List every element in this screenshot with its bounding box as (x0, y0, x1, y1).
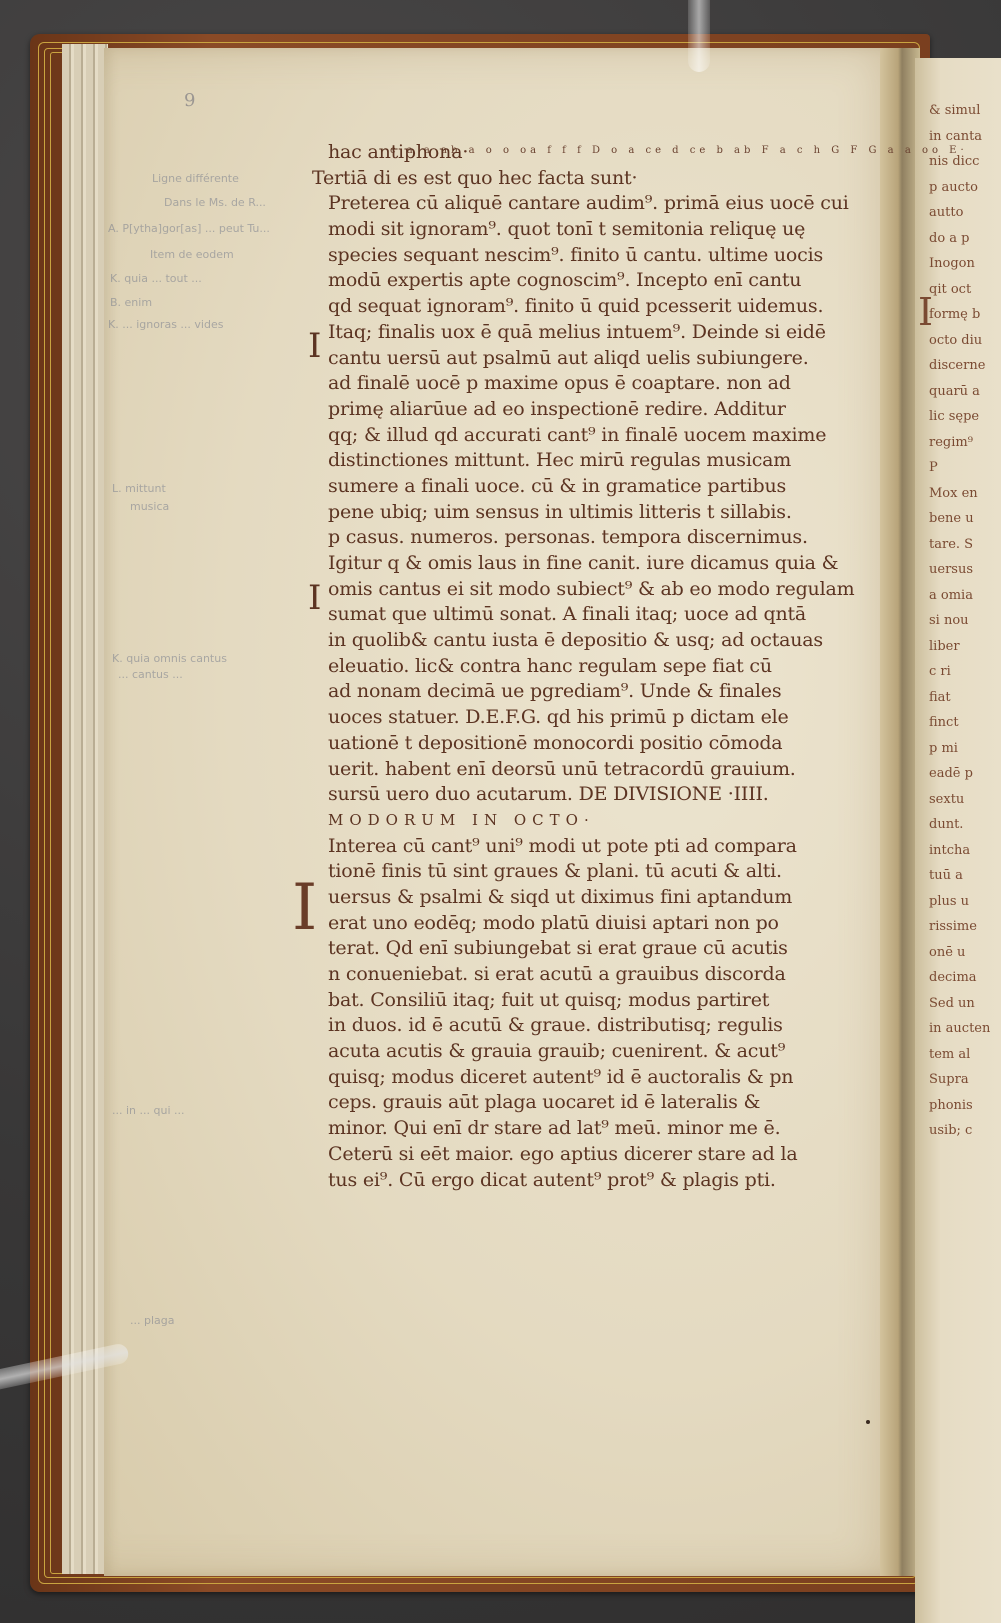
text-line: ad finalē uocē p maxime opus ē coaptare.… (328, 371, 888, 397)
marginal-note: ... in ... qui ... (112, 1104, 185, 1117)
margin-initial: I (308, 326, 321, 366)
text-line: tionē finis tū sint graues & plani. tū a… (328, 859, 888, 885)
text-line: Itaq; finalis uox ē quā melius intuem⁹. … (328, 320, 888, 346)
text-line: plus u (929, 889, 990, 915)
text-line: bene u (929, 506, 990, 532)
text-line: rissime (929, 914, 990, 940)
marginal-note: K. quia omnis cantus (112, 652, 227, 665)
text-line: discerne (929, 353, 990, 379)
text-line: onē u (929, 940, 990, 966)
text-line: Preterea cū aliquē cantare audim⁹. primā… (328, 191, 888, 217)
text-line: primę aliarūue ad eo inspectionē redire.… (328, 397, 888, 423)
text-line: do a p (929, 226, 990, 252)
text-line: liber (929, 634, 990, 660)
marginal-note: Item de eodem (150, 248, 234, 261)
marginal-note: Dans le Ms. de R... (164, 196, 266, 209)
text-line: formę b (929, 302, 990, 328)
facing-page: I & simulin cantanis diccp auctoauttodo … (915, 58, 1001, 1623)
text-line: uoces statuer. D.E.F.G. qd his primū p d… (328, 705, 888, 731)
page-clip-top (688, 0, 710, 72)
text-line: a omia (929, 583, 990, 609)
text-line: Igitur q & omis laus in fine canit. iure… (328, 551, 888, 577)
marginal-note: ... plaga (130, 1314, 175, 1327)
text-line: lic sępe (929, 404, 990, 430)
text-line: fiat (929, 685, 990, 711)
text-line: p aucto (929, 175, 990, 201)
text-line: si nou (929, 608, 990, 634)
text-line: c ri (929, 659, 990, 685)
text-line: sumat que ultimū sonat. A finali itaq; u… (328, 602, 888, 628)
text-line: cantu uersū aut psalmū aut aliqd uelis s… (328, 346, 888, 372)
text-line: qd sequat ignoram⁹. finito ū quid pcesse… (328, 294, 888, 320)
text-line: qq; & illud qd accurati cant⁹ in finalē … (328, 423, 888, 449)
text-line: finct (929, 710, 990, 736)
marginal-note: ... cantus ... (118, 668, 183, 681)
text-line: tuū a (929, 863, 990, 889)
text-line: eadē p (929, 761, 990, 787)
text-line: pene ubiq; uim sensus in ultimis litteri… (328, 500, 888, 526)
text-line: bat. Consiliū itaq; fuit ut quisq; modus… (328, 988, 888, 1014)
body-lines: Preterea cū aliquē cantare audim⁹. primā… (328, 191, 888, 808)
text-line: usib; c (929, 1118, 990, 1144)
rubric-heading: MODORUM IN OCTO· (328, 808, 888, 834)
text-line: ceps. grauis aūt plaga uocaret id ē late… (328, 1090, 888, 1116)
chant-line: Tertiā di es est quo hec facta sunt· (312, 166, 888, 192)
text-line: tus ei⁹. Cū ergo dicat autent⁹ prot⁹ & p… (328, 1168, 888, 1194)
text-line: modi sit ignoram⁹. quot tonī t semitonia… (328, 217, 888, 243)
text-line: octo diu (929, 328, 990, 354)
text-line: terat. Qd enī subiungebat si erat graue … (328, 936, 888, 962)
text-line: decima (929, 965, 990, 991)
text-line: tare. S (929, 532, 990, 558)
text-line: minor. Qui enī dr stare ad lat⁹ meū. min… (328, 1116, 888, 1142)
text-line: omis cantus ei sit modo subiect⁹ & ab eo… (328, 577, 888, 603)
decorated-initial-i: I (292, 876, 317, 940)
main-text-block: hac antiphona· Tertiā di es est quo hec … (328, 140, 888, 1193)
margin-initial: I (308, 578, 321, 618)
text-line: in aucten (929, 1016, 990, 1042)
marginal-note: B. enim (110, 296, 152, 309)
ink-dot (866, 1420, 870, 1424)
text-line: species sequant nescim⁹. finito ū cantu.… (328, 243, 888, 269)
text-line: acuta acutis & grauia grauib; cuenirent.… (328, 1039, 888, 1065)
text-line: regim⁹ (929, 430, 990, 456)
text-line: uersus (929, 557, 990, 583)
text-line: eleuatio. lic& contra hanc regulam sepe … (328, 654, 888, 680)
marginal-note: musica (130, 500, 169, 513)
chapter-lines: Interea cū cant⁹ uni⁹ modi ut pote pti a… (328, 834, 888, 1194)
facing-text: & simulin cantanis diccp auctoauttodo a … (929, 98, 990, 1144)
text-line: Inogon (929, 251, 990, 277)
marginal-note: K. ... ignoras ... vides (108, 318, 223, 331)
text-line: tem al (929, 1042, 990, 1068)
text-line: P (929, 455, 990, 481)
text-line: quisq; modus diceret autent⁹ id ē auctor… (328, 1065, 888, 1091)
text-line: p casus. numeros. personas. tempora disc… (328, 525, 888, 551)
marginal-note: Ligne différente (152, 172, 239, 185)
text-line: p mi (929, 736, 990, 762)
text-line: phonis (929, 1093, 990, 1119)
page-edges (62, 44, 108, 1574)
text-line: & simul (929, 98, 990, 124)
text-line: intcha (929, 838, 990, 864)
text-line: erat uno eodēq; modo platū diuisi aptari… (328, 911, 888, 937)
text-line: in quolib& cantu iusta ē depositio & usq… (328, 628, 888, 654)
text-line: sumere a finali uoce. cū & in gramatice … (328, 474, 888, 500)
text-line: modū expertis apte cognoscim⁹. Incepto e… (328, 268, 888, 294)
text-line: Ceterū si eēt maior. ego aptius dicerer … (328, 1142, 888, 1168)
text-line: uersus & psalmi & siqd ut diximus fini a… (328, 885, 888, 911)
text-line: uerit. habent enī deorsū unū tetracordū … (328, 757, 888, 783)
text-line: sursū uero duo acutarum. DE DIVISIONE ·I… (328, 782, 888, 808)
marginal-note: K. quia ... tout ... (110, 272, 202, 285)
incipit-line: hac antiphona· (328, 140, 888, 166)
text-line: in duos. id ē acutū & graue. distributis… (328, 1013, 888, 1039)
text-line: Supra (929, 1067, 990, 1093)
text-line: qit oct (929, 277, 990, 303)
text-line: ad nonam decimā ue pgrediam⁹. Unde & fin… (328, 679, 888, 705)
text-line: sextu (929, 787, 990, 813)
text-line: n conueniebat. si erat acutū a grauibus … (328, 962, 888, 988)
marginal-note: L. mittunt (112, 482, 166, 495)
text-line: uationē t depositionē monocordi positio … (328, 731, 888, 757)
text-line: Sed un (929, 991, 990, 1017)
folio-number: 9 (184, 90, 195, 111)
text-line: autto (929, 200, 990, 226)
text-line: Mox en (929, 481, 990, 507)
text-line: dunt. (929, 812, 990, 838)
text-line: quarū a (929, 379, 990, 405)
text-line: Interea cū cant⁹ uni⁹ modi ut pote pti a… (328, 834, 888, 860)
text-line: distinctiones mittunt. Hec mirū regulas … (328, 448, 888, 474)
marginal-note: A. P[ytha]gor[as] ... peut Tu... (108, 222, 270, 235)
